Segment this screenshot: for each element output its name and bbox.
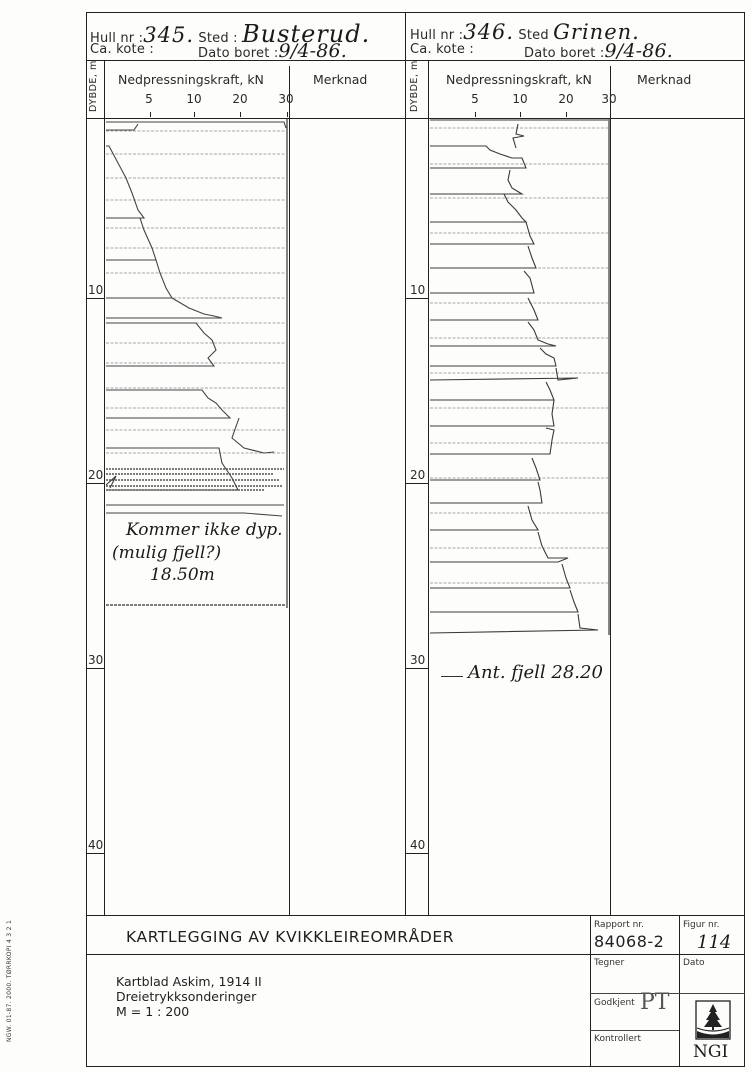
depth-label: 40 (410, 838, 425, 852)
force-tick (240, 112, 241, 117)
subtitle-line: Dreietrykksonderinger (116, 989, 256, 1004)
force-tick-label: 5 (145, 92, 153, 106)
figur-number: 114 (697, 932, 731, 953)
godkjent-initials: PT (640, 990, 669, 1015)
depth-label: 20 (88, 468, 103, 482)
force-tick-label: 30 (278, 92, 293, 106)
title-block-row (590, 1030, 679, 1031)
rapport-label: Rapport nr. (594, 920, 644, 930)
depth-header: DYBDE, m (88, 60, 99, 112)
project-title: KARTLEGGING AV KVIKKLEIREOMRÅDER (126, 928, 454, 946)
remark-header: Merknad (313, 72, 367, 87)
force-tick (610, 112, 611, 117)
title-block-col (679, 915, 680, 1067)
force-tick-label: 20 (558, 92, 573, 106)
title-block-col (590, 915, 591, 1067)
dato-label: Dato boret : (198, 46, 278, 61)
depth-label: 20 (410, 468, 425, 482)
depth-label: 10 (410, 283, 425, 297)
kote-label: Ca. kote : (410, 42, 474, 57)
godkjent-label: Godkjent (594, 998, 635, 1008)
remark-note-line: Kommer ikke dyp. (126, 520, 283, 540)
dato-row: Dato boret :9/4-86. (198, 40, 347, 62)
subtitle-line: M = 1 : 200 (116, 1004, 189, 1019)
depth-tick (406, 483, 428, 484)
tegner-label: Tegner (594, 958, 624, 968)
depth-tick (86, 483, 104, 484)
remark-note-line: Ant. fjell 28.20 (468, 662, 603, 683)
side-stamp: NGW. 01-87. 2000. TØRRKOPI 4 3 2 1 (6, 920, 13, 1042)
figur-label: Figur nr. (683, 920, 719, 930)
dato-label: Dato boret : (524, 46, 604, 61)
tree-emblem-icon (695, 1000, 731, 1040)
force-tick (566, 112, 567, 117)
force-tick-label: 30 (601, 92, 616, 106)
force-tick-label: 10 (512, 92, 527, 106)
subtitle-line: Kartblad Askim, 1914 II (116, 974, 262, 989)
depth-tick (406, 853, 428, 854)
title-block-divider (86, 954, 745, 955)
title-block-top (86, 915, 745, 916)
dato-row: Dato boret :9/4-86. (524, 40, 673, 62)
stop-marker (441, 676, 463, 677)
depth-tick (86, 668, 104, 669)
force-tick (287, 112, 288, 117)
depth-tick (406, 298, 428, 299)
force-tick (475, 112, 476, 117)
depth-header: DYBDE, m (409, 60, 420, 112)
hull-number: 346. (463, 20, 514, 44)
force-tick-label: 5 (471, 92, 479, 106)
sounding-curve-346 (428, 118, 612, 648)
remark-header: Merknad (637, 72, 691, 87)
remark-note-line: (mulig fjell?) (112, 543, 221, 563)
ngi-logo: NGI (689, 1000, 737, 1064)
depth-label: 30 (88, 653, 103, 667)
depth-tick (86, 298, 104, 299)
force-tick-label: 10 (186, 92, 201, 106)
depth-label: 10 (88, 283, 103, 297)
kontrollert-label: Kontrollert (594, 1034, 641, 1044)
dato-value: 9/4-86. (604, 40, 673, 62)
log-divider (405, 12, 406, 915)
force-tick (194, 112, 195, 117)
dato-value: 9/4-86. (278, 40, 347, 62)
remark-note-line: 18.50m (150, 565, 215, 585)
depth-label: 30 (410, 653, 425, 667)
force-tick-label: 20 (232, 92, 247, 106)
rapport-number: 84068-2 (594, 932, 664, 951)
logo-text: NGI (693, 1042, 728, 1062)
depth-tick (86, 853, 104, 854)
force-header: Nedpressningskraft, kN (446, 72, 592, 87)
depth-tick (406, 668, 428, 669)
force-tick (520, 112, 521, 117)
force-tick (150, 112, 151, 117)
depth-label: 40 (88, 838, 103, 852)
force-header: Nedpressningskraft, kN (118, 72, 264, 87)
dato-label: Dato (683, 958, 704, 968)
hull-label: Hull nr : (410, 28, 463, 43)
kote-label: Ca. kote : (90, 42, 154, 57)
